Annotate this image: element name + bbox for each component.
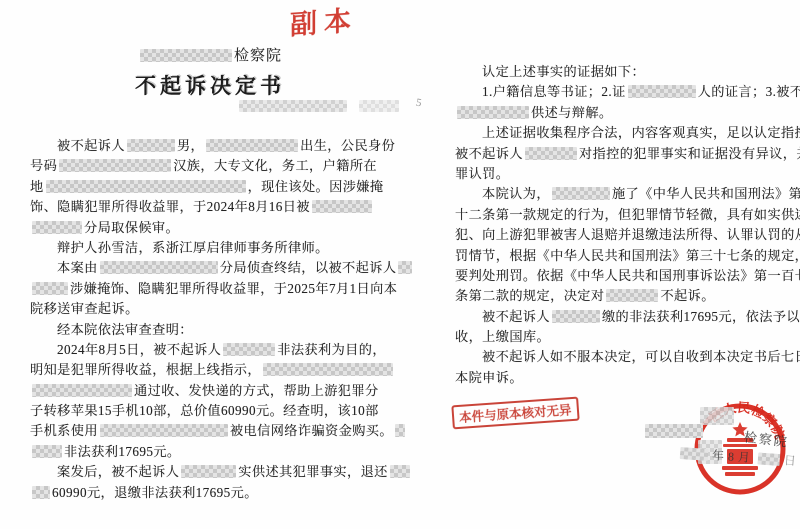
text-segment: 出生，公民身份 [300, 138, 395, 153]
redaction-block [32, 384, 132, 397]
page-margin-artifact: 5 [415, 97, 423, 110]
text-line: 号码汉族，大专文化，务工，户籍所在 [30, 156, 392, 176]
text-line: 十二条第一款规定的行为，但犯罪情节轻微，具有如实供述、从 [455, 205, 795, 225]
text-segment: 被电信网络诈骗资金购买。 [230, 423, 393, 438]
text-line: 罚情节，根据《中华人民共和国刑法》第三十七条的规定，不需 [455, 246, 795, 266]
redaction-block [758, 452, 781, 466]
text-segment: 实供述其犯罪事实，退还 [238, 464, 387, 479]
text-segment: 十二条第一款规定的行为，但犯罪情节轻微，具有如实供述、从 [455, 207, 800, 222]
redaction-block [359, 100, 399, 112]
text-segment: 经本院依法审查查明： [57, 322, 193, 337]
redaction-block [32, 221, 82, 234]
text-line: 认定上述事实的证据如下： [455, 62, 795, 82]
redaction-block [390, 465, 410, 478]
text-segment: 本院申诉。 [455, 370, 523, 385]
text-segment: 条第二款的规定，决定对 [455, 288, 604, 303]
redaction-block [223, 343, 275, 356]
redaction-block [46, 180, 246, 193]
text-segment: 分局侦查终结，以被不起诉人 [220, 260, 397, 275]
redaction-block [239, 100, 347, 112]
text-line: 条第二款的规定，决定对不起诉。 [455, 286, 795, 306]
text-segment: 手机系使用 [30, 423, 98, 438]
text-segment: 罚情节，根据《中华人民共和国刑法》第三十七条的规定，不需 [455, 248, 800, 263]
scanned-document: 副本 检察院 不起诉决定书 被不起诉人男，出生，公民身份号码汉族，大专文化，务工… [0, 0, 800, 529]
text-line: 明知是犯罪所得收益，根据上线指示， [30, 360, 392, 380]
text-line: 收，上缴国库。 [455, 327, 795, 347]
court-name-line: 检察院 [30, 44, 390, 65]
text-line: 要判处刑罚。依据《中华人民共和国刑事诉讼法》第一百七十七 [455, 266, 795, 286]
text-line: 本案由分局侦查终结，以被不起诉人 [30, 258, 392, 278]
text-line: 本院认为，施了《中华人民共和国刑法》第三百一 [455, 184, 795, 204]
text-segment: 地 [30, 179, 44, 194]
redaction-block [700, 407, 734, 425]
redaction-block [395, 424, 405, 437]
text-line: 上述证据收集程序合法，内容客观真实，足以认定指控事实 [455, 123, 795, 143]
text-segment: 被不起诉人 [482, 309, 550, 324]
text-segment: 要判处刑罚。依据《中华人民共和国刑事诉讼法》第一百七十七 [455, 268, 800, 283]
redaction-block [312, 200, 372, 213]
text-segment: 通过收、发快递的方式，帮助上游犯罪分 [134, 383, 379, 398]
text-segment: 男， [177, 138, 204, 153]
text-segment: 不起诉。 [660, 288, 714, 303]
redaction-block [263, 363, 393, 376]
text-segment: 60990元，退缴非法获利17695元。 [52, 485, 258, 500]
redaction-block [32, 282, 68, 295]
redaction-block [645, 424, 703, 438]
text-segment: 子转移苹果15手机10部，总价值60990元。经查明，该10部 [30, 403, 379, 418]
text-segment: 缴的非法获利17695元，依法予以没 [602, 309, 800, 324]
redaction-block [100, 261, 218, 274]
text-line: 子转移苹果15手机10部，总价值60990元。经查明，该10部 [30, 401, 392, 421]
right-page-body: 认定上述事实的证据如下：1.户籍信息等书证；2.证人的证言；3.被不起供述与辩解… [455, 62, 795, 388]
redaction-block [606, 289, 658, 302]
text-segment: 罪认罚。 [455, 166, 509, 181]
text-line: 辩护人孙雪洁，系浙江厚启律师事务所律师。 [30, 238, 392, 258]
text-segment: 对指控的犯罪事实和证据没有异议，并自愿认 [579, 146, 800, 161]
text-line: 被不起诉人男，出生，公民身份 [30, 136, 392, 156]
document-title: 不起诉决定书 [30, 70, 390, 100]
redaction-block [100, 424, 228, 437]
redaction-block [552, 310, 600, 323]
text-line: 经本院依法审查查明： [30, 320, 392, 340]
redaction-block [525, 147, 577, 160]
text-segment: 案发后，被不起诉人 [57, 464, 179, 479]
text-segment: 被不起诉人 [57, 138, 125, 153]
redaction-block [32, 486, 50, 499]
text-segment: 非法获利17695元。 [64, 444, 181, 459]
text-segment: 本院认为， [482, 186, 550, 201]
text-line: 供述与辩解。 [455, 103, 795, 123]
text-line: 涉嫌掩饰、隐瞒犯罪所得收益罪，于2025年7月1日向本 [30, 279, 392, 299]
redaction-block [457, 106, 529, 119]
seal-date-day: 日 [783, 451, 796, 469]
text-segment: 2024年8月5日，被不起诉人 [57, 342, 221, 357]
redaction-block [32, 445, 62, 458]
text-segment: 认定上述事实的证据如下： [482, 64, 645, 79]
copy-stamp: 副本 [290, 0, 358, 42]
redaction-block [398, 261, 412, 274]
document-number-line [237, 100, 401, 112]
text-line: 60990元，退缴非法获利17695元。 [30, 483, 392, 503]
text-line: 本院申诉。 [455, 368, 795, 388]
text-segment: 辩护人孙雪洁，系浙江厚启律师事务所律师。 [57, 240, 329, 255]
text-segment: 被不起诉人如不服本决定，可以自收到本决定书后七日内向 [482, 349, 800, 364]
redaction-block [552, 187, 610, 200]
redaction-block [127, 139, 175, 152]
text-segment: 号码 [30, 158, 57, 173]
text-segment: 施了《中华人民共和国刑法》第三百一 [612, 186, 800, 201]
text-segment: 分局取保候审。 [84, 220, 179, 235]
text-segment: 人的证言；3.被不起 [698, 84, 800, 99]
text-line: 被不起诉人缴的非法获利17695元，依法予以没 [455, 307, 795, 327]
text-segment: 涉嫌掩饰、隐瞒犯罪所得收益罪，于2025年7月1日向本 [70, 281, 397, 296]
text-segment: 犯、向上游犯罪被害人退赔并退缴违法所得、认罪认罚的从轻处 [455, 227, 800, 242]
text-segment: 汉族，大专文化，务工，户籍所在 [173, 158, 377, 173]
left-page-body: 被不起诉人男，出生，公民身份号码汉族，大专文化，务工，户籍所在地，现住该处。因涉… [30, 136, 392, 503]
text-line: 2024年8月5日，被不起诉人非法获利为目的， [30, 340, 392, 360]
text-line: 被不起诉人对指控的犯罪事实和证据没有异议，并自愿认 [455, 144, 795, 164]
seal-date-text: 年8月 [711, 446, 754, 466]
text-segment: 上述证据收集程序合法，内容客观真实，足以认定指控事实 [482, 125, 800, 140]
court-name-suffix: 检察院 [234, 48, 282, 64]
text-line: 罪认罚。 [455, 164, 795, 184]
redaction-block [140, 49, 232, 62]
text-line: 犯、向上游犯罪被害人退赔并退缴违法所得、认罪认罚的从轻处 [455, 225, 795, 245]
text-line: 饰、隐瞒犯罪所得收益罪，于2024年8月16日被 [30, 197, 392, 217]
text-line: 案发后，被不起诉人实供述其犯罪事实，退还 [30, 462, 392, 482]
redaction-block [59, 159, 171, 172]
text-line: 院移送审查起诉。 [30, 299, 392, 319]
redaction-block [206, 139, 298, 152]
text-line: 分局取保候审。 [30, 218, 392, 238]
text-line: 1.户籍信息等书证；2.证人的证言；3.被不起 [455, 82, 795, 102]
text-line: 非法获利17695元。 [30, 442, 392, 462]
text-segment: 本案由 [57, 260, 98, 275]
text-segment: 被不起诉人 [455, 146, 523, 161]
redaction-block [628, 85, 696, 98]
text-segment: 明知是犯罪所得收益，根据上线指示， [30, 362, 261, 377]
redaction-block [680, 447, 709, 461]
text-segment: 饰、隐瞒犯罪所得收益罪，于2024年8月16日被 [30, 199, 310, 214]
text-segment: ，现住该处。因涉嫌掩 [248, 179, 384, 194]
verification-stamp: 本件与原本核对无异 [451, 397, 579, 430]
text-line: 通过收、发快递的方式，帮助上游犯罪分 [30, 381, 392, 401]
text-line: 地，现住该处。因涉嫌掩 [30, 177, 392, 197]
redaction-block [181, 465, 236, 478]
text-line: 手机系使用被电信网络诈骗资金购买。 [30, 421, 392, 441]
text-segment: 院移送审查起诉。 [30, 301, 139, 316]
text-segment: 收，上缴国库。 [455, 329, 550, 344]
text-line: 被不起诉人如不服本决定，可以自收到本决定书后七日内向 [455, 347, 795, 367]
text-segment: 非法获利为目的， [277, 342, 386, 357]
text-segment: 1.户籍信息等书证；2.证 [482, 84, 626, 99]
text-segment: 供述与辩解。 [531, 105, 613, 120]
